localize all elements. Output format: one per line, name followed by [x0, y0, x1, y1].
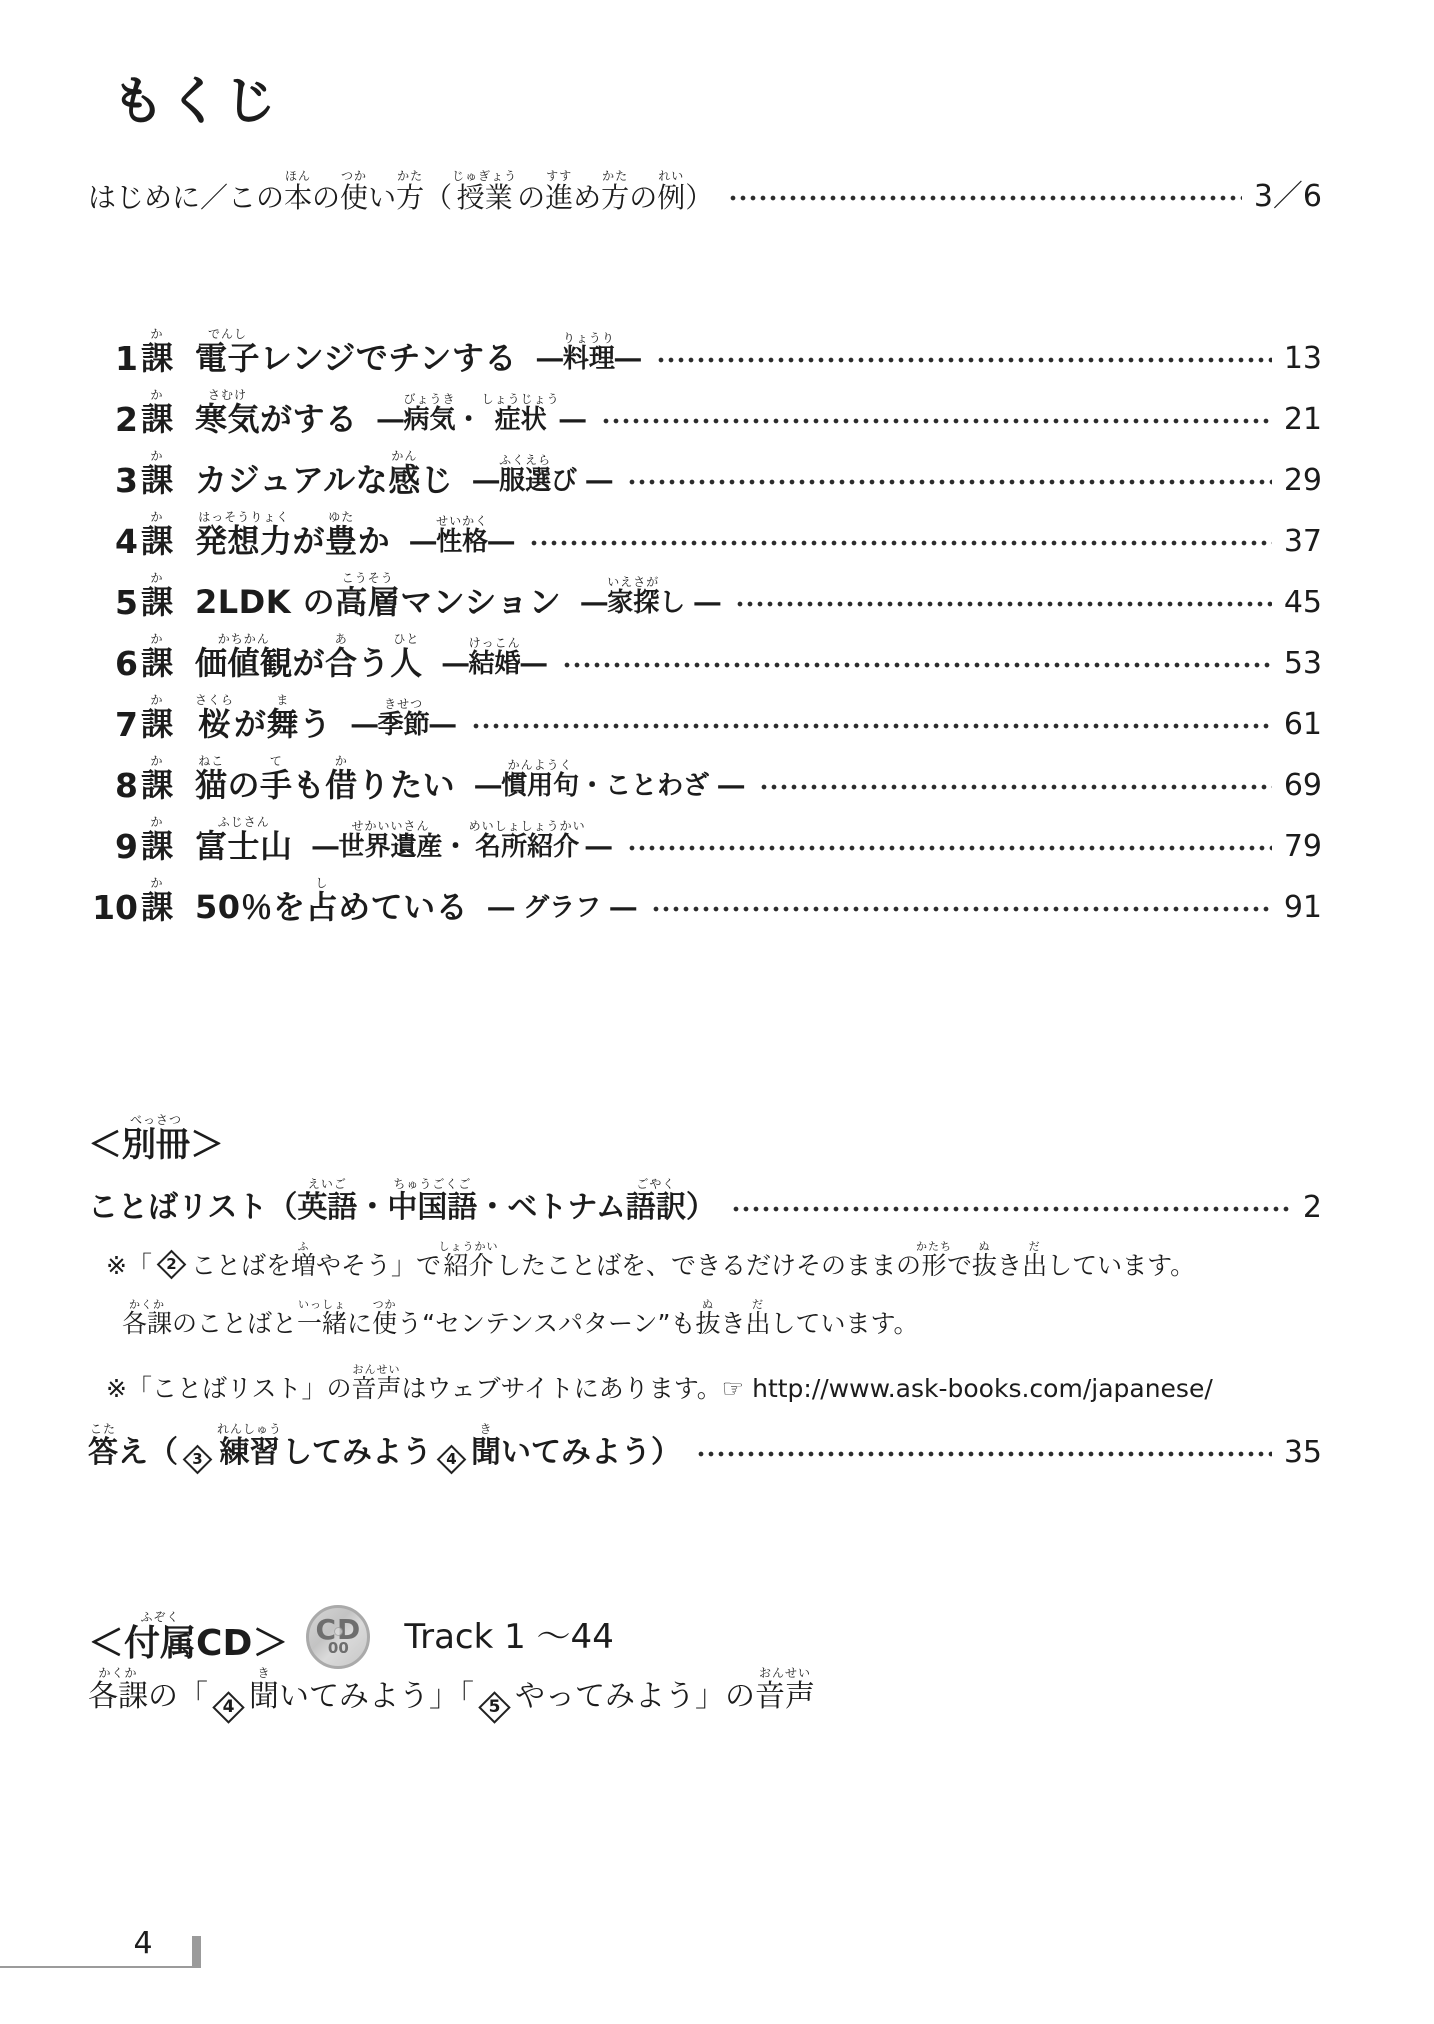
lesson-page-number: 21: [1284, 405, 1322, 437]
diamond-number-icon: 3: [183, 1445, 213, 1475]
lesson-counter: 課か: [141, 876, 173, 925]
wordlist-note-1: ※「2ことばを増ふやそう」で紹介しょうかいしたことばを、できるだけそのままの形か…: [106, 1240, 1195, 1286]
cd-disc-icon: CD 00: [306, 1605, 370, 1669]
lesson-topic: ― グラフ ―: [488, 893, 636, 925]
lesson-topic: ― 季節きせつ ―: [352, 697, 456, 742]
lesson-number: 4: [88, 525, 138, 559]
answers-text: 答こたえ（3練習れんしゅうしてみよう 4聞きいてみよう）: [88, 1422, 681, 1471]
lesson-page-number: 13: [1284, 344, 1322, 376]
dot-leader: [472, 722, 1272, 730]
dot-leader: [652, 905, 1272, 913]
attached-cd-row: ＜付属ふぞくCD＞ CD 00 Track 1 ～44: [88, 1597, 614, 1677]
lesson-page-number: 69: [1284, 771, 1322, 803]
lesson-page-number: 79: [1284, 832, 1322, 864]
lesson-row: 7 課か 桜さくらが舞まう ― 季節きせつ ― 61: [88, 684, 1322, 745]
lesson-list: 1 課か 電子でんしレンジでチンする ― 料理りょうり ― 13 2 課か 寒気…: [88, 318, 1322, 928]
wordlist-page-number: 2: [1303, 1193, 1322, 1225]
wordlist-text: ことばリスト（英語えいご・中国語ちゅうごくご・ベトナム語訳ごやく）: [88, 1177, 716, 1226]
dot-leader: [732, 1205, 1291, 1213]
lesson-topic: ― 性格せいかく ―: [410, 514, 514, 559]
lesson-title: 価値観かちかんが合あう人ひと: [195, 632, 423, 681]
toc-page: もくじ はじめに／この本ほんの使つかい方かた（授業じゅぎょうの進すすめ方かたの例…: [0, 0, 1434, 2024]
dot-leader: [563, 661, 1272, 669]
lesson-counter: 課か: [141, 632, 173, 681]
lesson-row: 10 課か 50％を占しめている ― グラフ ― 91: [88, 867, 1322, 928]
dot-leader: [736, 600, 1271, 608]
attached-cd-header: ＜付属ふぞくCD＞: [88, 1610, 288, 1664]
intro-page-number: 3／6: [1254, 182, 1322, 214]
supplement-header: ＜別冊べっさつ＞: [88, 1104, 224, 1164]
lesson-number: 7: [88, 708, 138, 742]
lesson-number: 10: [88, 891, 138, 925]
lesson-number: 1: [88, 342, 138, 376]
lesson-title: 2LDK の高層こうそうマンション: [195, 571, 561, 620]
lesson-title: 50％を占しめている: [195, 876, 468, 925]
wordlist-row: ことばリスト（英語えいご・中国語ちゅうごくご・ベトナム語訳ごやく） 2: [88, 1167, 1322, 1225]
diamond-number-icon: 4: [212, 1691, 245, 1724]
footer-rule: [0, 1966, 196, 1968]
lesson-number: 8: [88, 769, 138, 803]
lesson-title: 猫ねこの手ても借かりたい: [195, 754, 455, 803]
lesson-counter: 課か: [141, 510, 173, 559]
dot-leader: [657, 356, 1272, 364]
lesson-page-number: 61: [1284, 710, 1322, 742]
dot-leader: [760, 783, 1272, 791]
lesson-number: 6: [88, 647, 138, 681]
lesson-title: 桜さくらが舞まう: [195, 693, 332, 742]
cd-track-range: Track 1 ～44: [404, 1620, 613, 1654]
lesson-topic: ― 病気びょうき・症状しょうじょう ―: [378, 392, 586, 437]
lesson-number: 3: [88, 464, 138, 498]
dot-leader: [602, 417, 1272, 425]
lesson-counter: 課か: [141, 388, 173, 437]
lesson-page-number: 37: [1284, 527, 1322, 559]
diamond-number-icon: 5: [478, 1691, 511, 1724]
lesson-counter: 課か: [141, 571, 173, 620]
lesson-row: 6 課か 価値観かちかんが合あう人ひと ― 結婚けっこん ― 53: [88, 623, 1322, 684]
lesson-topic: ― 家探いえさがし ―: [581, 575, 720, 620]
lesson-topic: ― 世界遺産せかいいさん・名所紹介めいしょしょうかい ―: [313, 819, 612, 864]
answers-page-number: 35: [1284, 1438, 1322, 1470]
lesson-counter: 課か: [141, 693, 173, 742]
cd-icon-label: CD: [315, 1618, 361, 1642]
lesson-row: 5 課か 2LDK の高層こうそうマンション ― 家探いえさがし ― 45: [88, 562, 1322, 623]
lesson-topic: ― 結婚けっこん ―: [443, 636, 547, 681]
diamond-number-icon: 2: [157, 1250, 187, 1280]
lesson-topic: ― 慣用句かんようく・ことわざ ―: [475, 758, 744, 803]
cd-description: 各課かくかの「4聞きいてみよう」「5やってみよう」の音声おんせい: [88, 1666, 815, 1719]
footer-page-number: 4: [118, 1926, 168, 1961]
lesson-row: 4 課か 発想力はっそうりょくが豊ゆたか ― 性格せいかく ― 37: [88, 501, 1322, 562]
lesson-row: 3 課か カジュアルな感かんじ ― 服選ふくえらび ― 29: [88, 440, 1322, 501]
dot-leader: [530, 539, 1272, 547]
lesson-title: 電子でんしレンジでチンする: [195, 327, 517, 376]
lesson-row: 2 課か 寒気さむけがする ― 病気びょうき・症状しょうじょう ― 21: [88, 379, 1322, 440]
lesson-counter: 課か: [141, 327, 173, 376]
lesson-page-number: 53: [1284, 649, 1322, 681]
intro-text: はじめに／この本ほんの使つかい方かた（授業じゅぎょうの進すすめ方かたの例れい）: [88, 169, 713, 214]
diamond-number-icon: 4: [437, 1445, 467, 1475]
lesson-title: カジュアルな感かんじ: [195, 449, 453, 498]
dot-leader: [729, 194, 1242, 202]
lesson-page-number: 91: [1284, 893, 1322, 925]
wordlist-note-2: 各課かくかのことばと一緒いっしょに使つかう“センテンスパターン”も抜ぬき出だして…: [122, 1298, 919, 1344]
lesson-title: 寒気さむけがする: [195, 388, 358, 437]
lesson-topic: ― 料理りょうり ―: [537, 331, 641, 376]
dot-leader: [697, 1450, 1272, 1458]
intro-row: はじめに／この本ほんの使つかい方かた（授業じゅぎょうの進すすめ方かたの例れい） …: [88, 152, 1322, 214]
lesson-row: 1 課か 電子でんしレンジでチンする ― 料理りょうり ― 13: [88, 318, 1322, 379]
page-title: もくじ: [112, 76, 280, 128]
dot-leader: [628, 478, 1272, 486]
lesson-counter: 課か: [141, 449, 173, 498]
cd-icon-track-number: 00: [328, 1641, 349, 1656]
lesson-counter: 課か: [141, 815, 173, 864]
lesson-number: 5: [88, 586, 138, 620]
lesson-number: 9: [88, 830, 138, 864]
answers-row: 答こたえ（3練習れんしゅうしてみよう 4聞きいてみよう） 35: [88, 1412, 1322, 1470]
lesson-page-number: 45: [1284, 588, 1322, 620]
lesson-title: 富士山ふじさん: [195, 815, 293, 864]
footer-bar: [192, 1936, 201, 1968]
lesson-counter: 課か: [141, 754, 173, 803]
lesson-title: 発想力はっそうりょくが豊ゆたか: [195, 510, 390, 559]
lesson-row: 9 課か 富士山ふじさん ― 世界遺産せかいいさん・名所紹介めいしょしょうかい …: [88, 806, 1322, 867]
lesson-number: 2: [88, 403, 138, 437]
lesson-row: 8 課か 猫ねこの手ても借かりたい ― 慣用句かんようく・ことわざ ― 69: [88, 745, 1322, 806]
lesson-topic: ― 服選ふくえらび ―: [473, 453, 612, 498]
dot-leader: [628, 844, 1272, 852]
wordlist-note-audio-url: ※「ことばリスト」の音声おんせいはウェブサイトにあります。☞ http://ww…: [106, 1363, 1213, 1409]
lesson-page-number: 29: [1284, 466, 1322, 498]
